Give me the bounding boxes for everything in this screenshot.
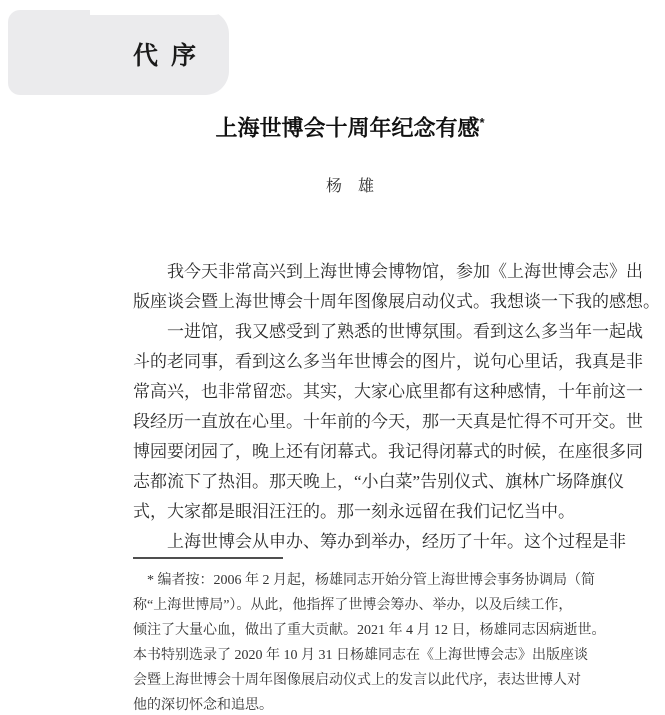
body-line: 常高兴，也非常留恋。其实，大家心底里都有这种感情，十年前这一 (133, 377, 648, 407)
footnote-line: 倾注了大量心血，做出了重大贡献。2021 年 4 月 12 日，杨雄同志因病逝世… (133, 618, 649, 643)
article-title-text: 上海世博会十周年纪念有感 (215, 115, 479, 140)
book-page: 代 序 上海世博会十周年纪念有感* 杨 雄 我今天非常高兴到上海世博会博物馆，参… (0, 0, 665, 715)
page-corner-tab (90, 0, 229, 15)
footnote: * 编者按：2006 年 2 月起，杨雄同志开始分管上海世博会事务协调局（简 称… (133, 568, 649, 715)
body-line: 段经历一直放在心里。十年前的今天，那一天真是忙得不可开交。世 (133, 407, 648, 437)
footnote-line: * 编者按：2006 年 2 月起，杨雄同志开始分管上海世博会事务协调局（简 (133, 568, 649, 593)
body-line: 博园要闭园了，晚上还有闭幕式。我记得闭幕式的时候，在座很多同 (133, 437, 648, 467)
body-line: 我今天非常高兴到上海世博会博物馆，参加《上海世博会志》出 (133, 257, 648, 287)
body-line: 斗的老同事，看到这么多当年世博会的图片，说句心里话，我真是非 (133, 347, 648, 377)
body-line: 上海世博会从申办、筹办到举办，经历了十年。这个过程是非 (133, 527, 648, 557)
preface-heading: 代 序 (133, 44, 199, 69)
footnote-divider (133, 557, 283, 559)
article-body: 我今天非常高兴到上海世博会博物馆，参加《上海世博会志》出 版座谈会暨上海世博会十… (133, 257, 648, 557)
footnote-marker: * (479, 115, 484, 130)
footnote-line: 称“上海世博局”）。从此，他指挥了世博会筹办、举办，以及后续工作， (133, 593, 649, 618)
footnote-line: 会暨上海世博会十周年图像展启动仪式上的发言以此代序，表达世博人对 (133, 668, 649, 693)
body-line: 志都流下了热泪。那天晚上，“小白菜”告别仪式、旗林广场降旗仪 (133, 467, 648, 497)
footnote-line: 本书特别选录了 2020 年 10 月 31 日杨雄同志在《上海世博会志》出版座… (133, 643, 649, 668)
body-line: 版座谈会暨上海世博会十周年图像展启动仪式。我想谈一下我的感想。 (133, 287, 648, 317)
article-title: 上海世博会十周年纪念有感* (30, 110, 665, 141)
body-line: 一进馆，我又感受到了熟悉的世博氛围。看到这么多当年一起战 (133, 317, 648, 347)
body-line: 式，大家都是眼泪汪汪的。那一刻永远留在我们记忆当中。 (133, 497, 648, 527)
author-name: 杨 雄 (30, 178, 665, 196)
footnote-line: 他的深切怀念和追思。 (133, 693, 649, 715)
